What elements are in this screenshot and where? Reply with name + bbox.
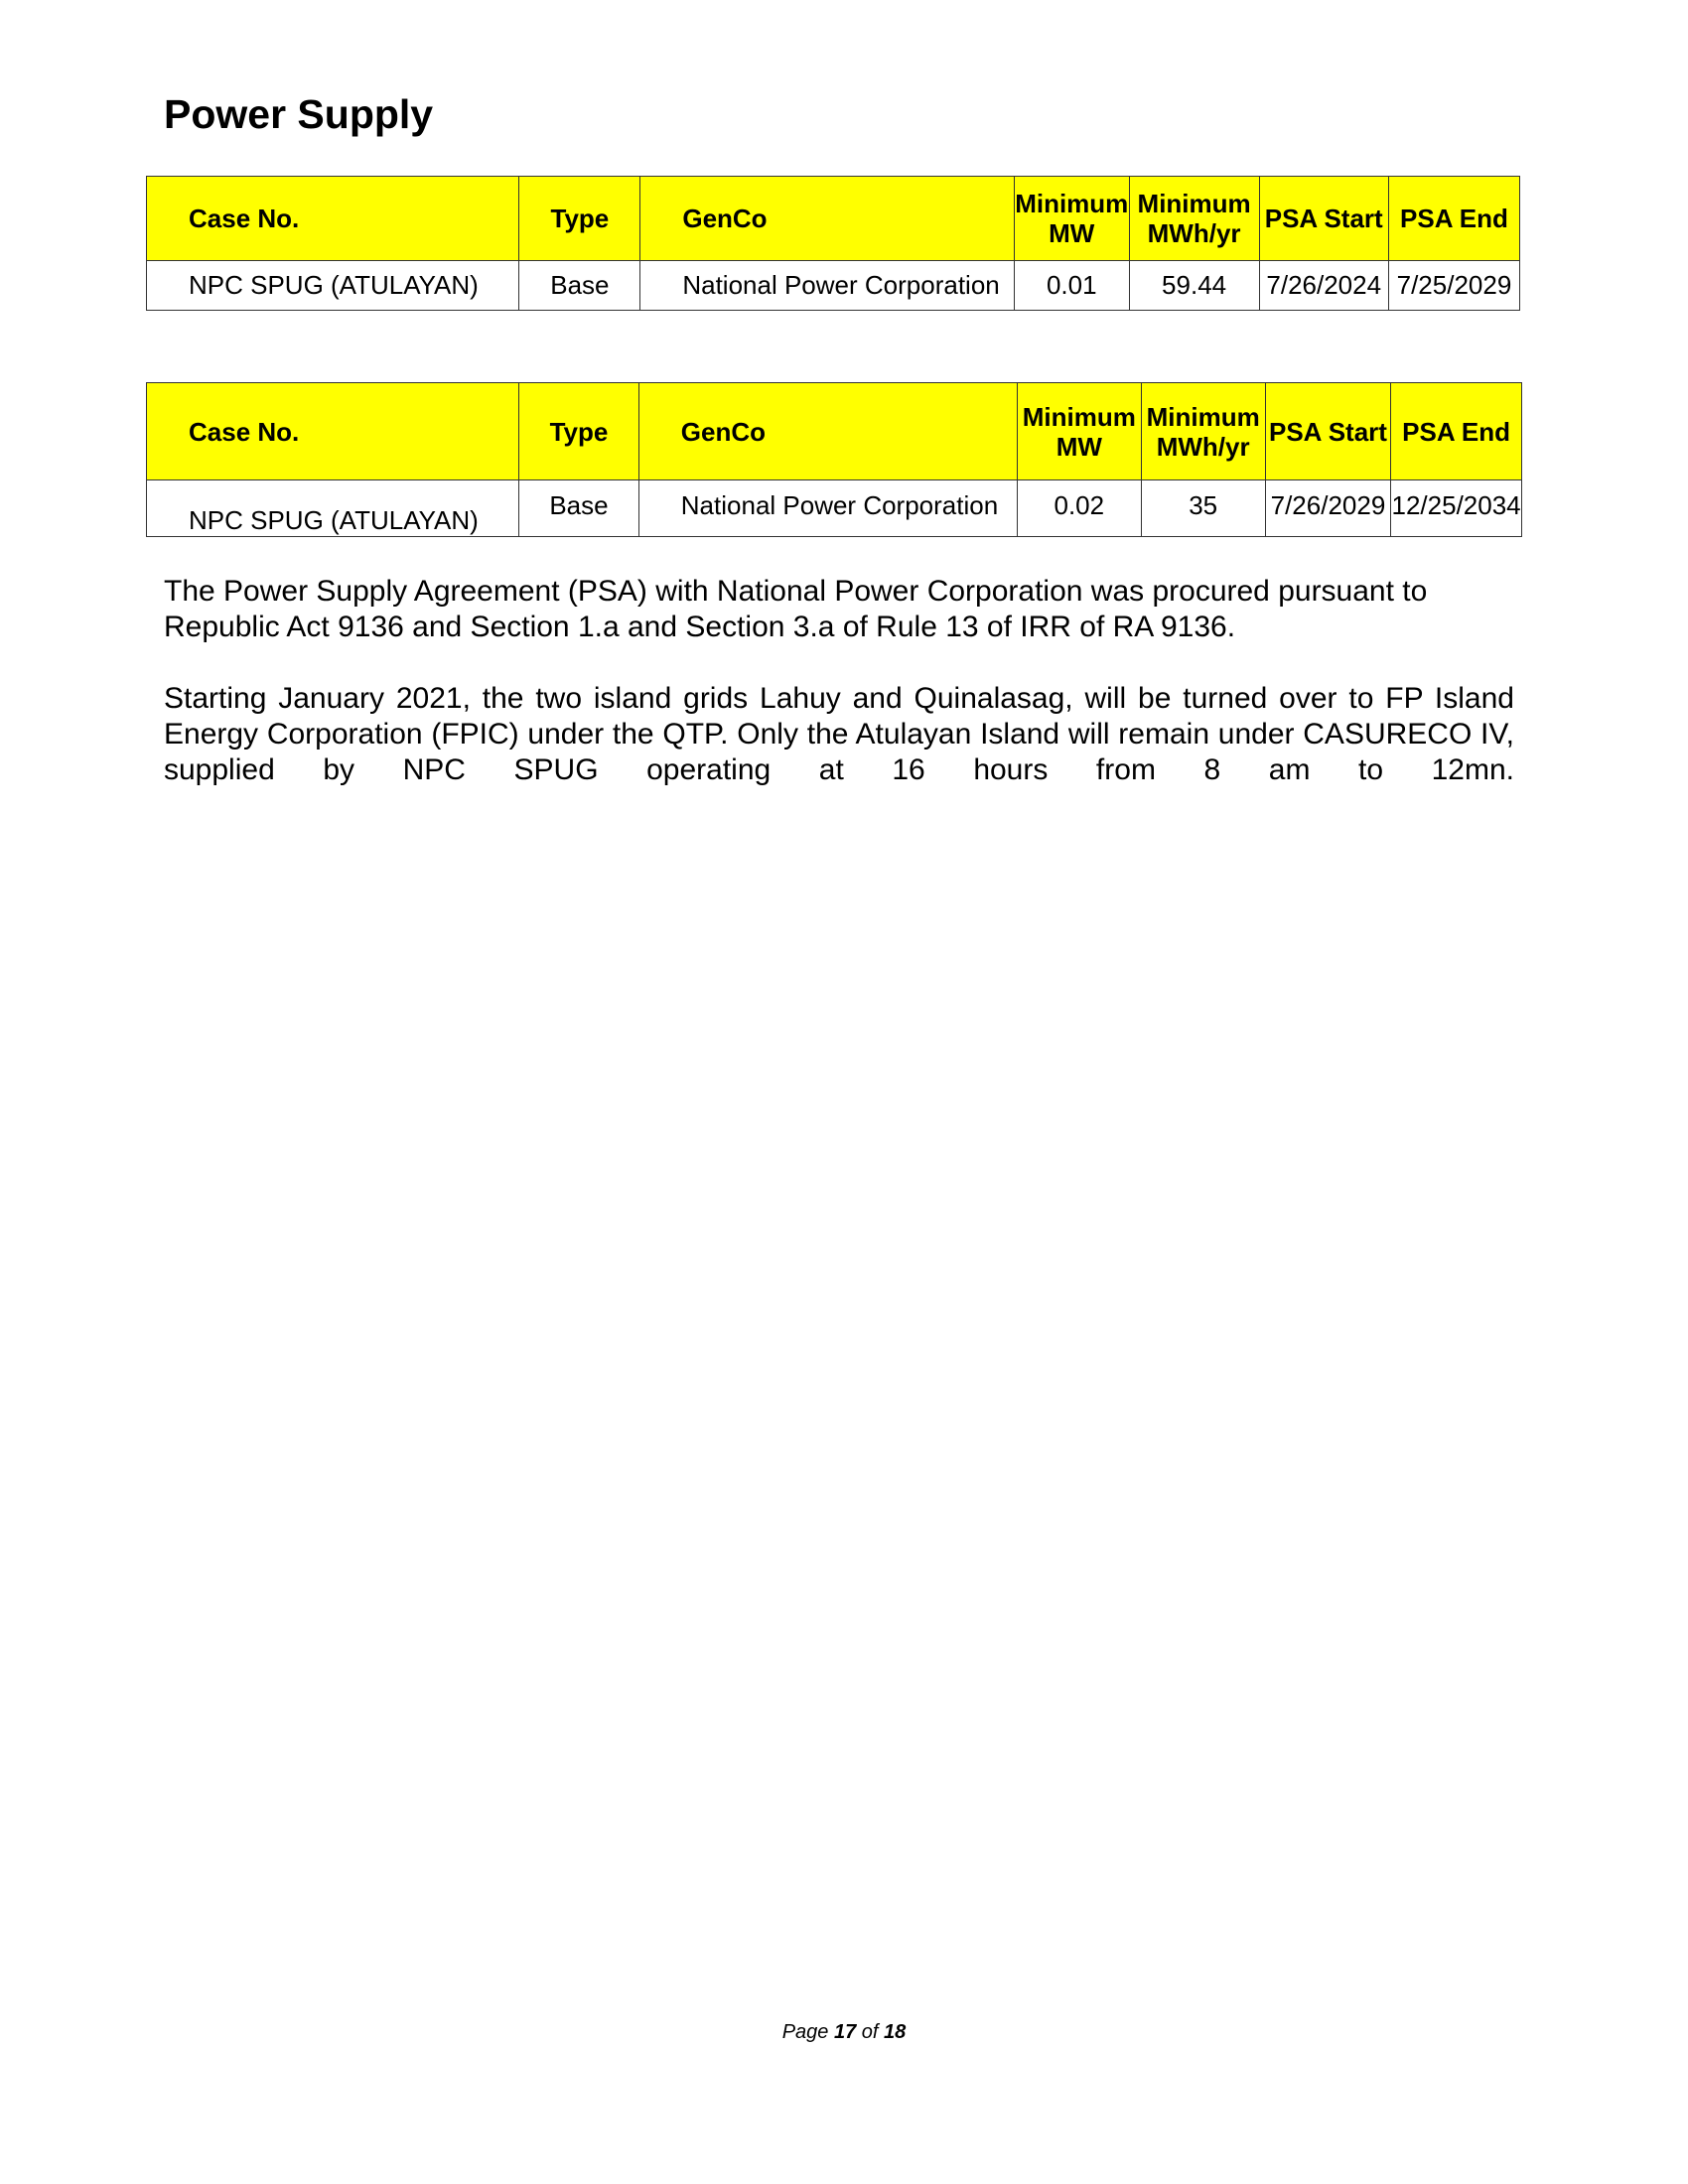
header-min-mw-line2: MW [1056, 432, 1102, 462]
cell-case-no: NPC SPUG (ATULAYAN) [147, 261, 519, 311]
cell-case-no: NPC SPUG (ATULAYAN) [147, 480, 519, 537]
cell-psa-start: 7/26/2029 [1265, 480, 1390, 537]
header-min-mwh-line2: MWh/yr [1157, 432, 1250, 462]
psa-table-1: Case No. Type GenCo MinimumMW MinimumMWh… [146, 176, 1520, 311]
header-genco: GenCo [638, 383, 1017, 480]
header-min-mwh-line2: MWh/yr [1148, 218, 1241, 248]
header-psa-end: PSA End [1388, 177, 1519, 261]
header-min-mw-line1: Minimum [1015, 189, 1128, 218]
cell-type: Base [519, 261, 640, 311]
header-psa-start: PSA Start [1265, 383, 1390, 480]
footer-total-pages: 18 [884, 2021, 906, 2043]
table-header-row: Case No. Type GenCo MinimumMW MinimumMWh… [147, 383, 1522, 480]
cell-min-mwh: 59.44 [1129, 261, 1259, 311]
paragraph-island-grids: Starting January 2021, the two island gr… [164, 681, 1514, 788]
footer-page-label: Page [782, 2021, 829, 2043]
cell-genco: National Power Corporation [638, 480, 1017, 537]
header-min-mwh-line1: Minimum [1147, 402, 1260, 432]
cell-psa-end: 12/25/2034 [1391, 480, 1522, 537]
cell-min-mw: 0.02 [1018, 480, 1141, 537]
cell-psa-end: 7/25/2029 [1388, 261, 1519, 311]
header-type: Type [519, 383, 639, 480]
header-min-mwh-line1: Minimum [1138, 189, 1251, 218]
header-min-mw: MinimumMW [1014, 177, 1129, 261]
cell-psa-start: 7/26/2024 [1259, 261, 1388, 311]
header-genco: GenCo [640, 177, 1015, 261]
table-row: NPC SPUG (ATULAYAN) Base National Power … [147, 261, 1520, 311]
paragraph-psa-procurement: The Power Supply Agreement (PSA) with Na… [164, 574, 1514, 645]
psa-table-2: Case No. Type GenCo MinimumMW MinimumMWh… [146, 382, 1522, 537]
cell-min-mw: 0.01 [1014, 261, 1129, 311]
header-min-mwh: MinimumMWh/yr [1129, 177, 1259, 261]
footer-of-label: of [862, 2021, 879, 2043]
header-min-mw: MinimumMW [1018, 383, 1141, 480]
table-header-row: Case No. Type GenCo MinimumMW MinimumMWh… [147, 177, 1520, 261]
header-min-mw-line2: MW [1049, 218, 1094, 248]
cell-type: Base [519, 480, 639, 537]
header-case-no: Case No. [147, 177, 519, 261]
footer-current-page: 17 [834, 2021, 856, 2043]
page-title: Power Supply [164, 91, 433, 138]
table-row: NPC SPUG (ATULAYAN) Base National Power … [147, 480, 1522, 537]
page-footer: Page 17 of 18 [0, 2021, 1688, 2044]
cell-min-mwh: 35 [1141, 480, 1265, 537]
header-min-mwh: MinimumMWh/yr [1141, 383, 1265, 480]
header-type: Type [519, 177, 640, 261]
header-psa-start: PSA Start [1259, 177, 1388, 261]
header-case-no: Case No. [147, 383, 519, 480]
header-psa-end: PSA End [1391, 383, 1522, 480]
cell-genco: National Power Corporation [640, 261, 1015, 311]
header-min-mw-line1: Minimum [1023, 402, 1136, 432]
